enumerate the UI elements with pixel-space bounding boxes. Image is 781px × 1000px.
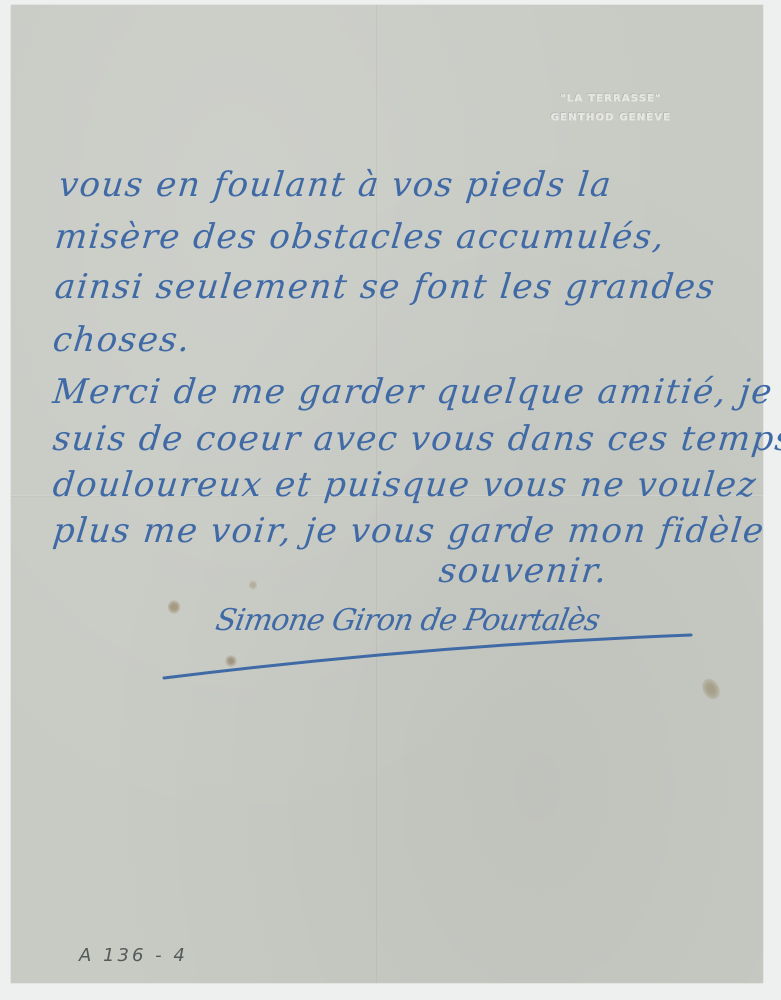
signature-underline: [11, 5, 763, 983]
catalog-number: A 136 - 4: [79, 945, 188, 966]
foxing-stain: [225, 655, 237, 667]
foxing-stain: [168, 600, 180, 614]
letter-paper: "LA TERRASSE" GENTHOD GENÈVE vous en fou…: [11, 5, 763, 983]
foxing-stain: [249, 580, 257, 590]
